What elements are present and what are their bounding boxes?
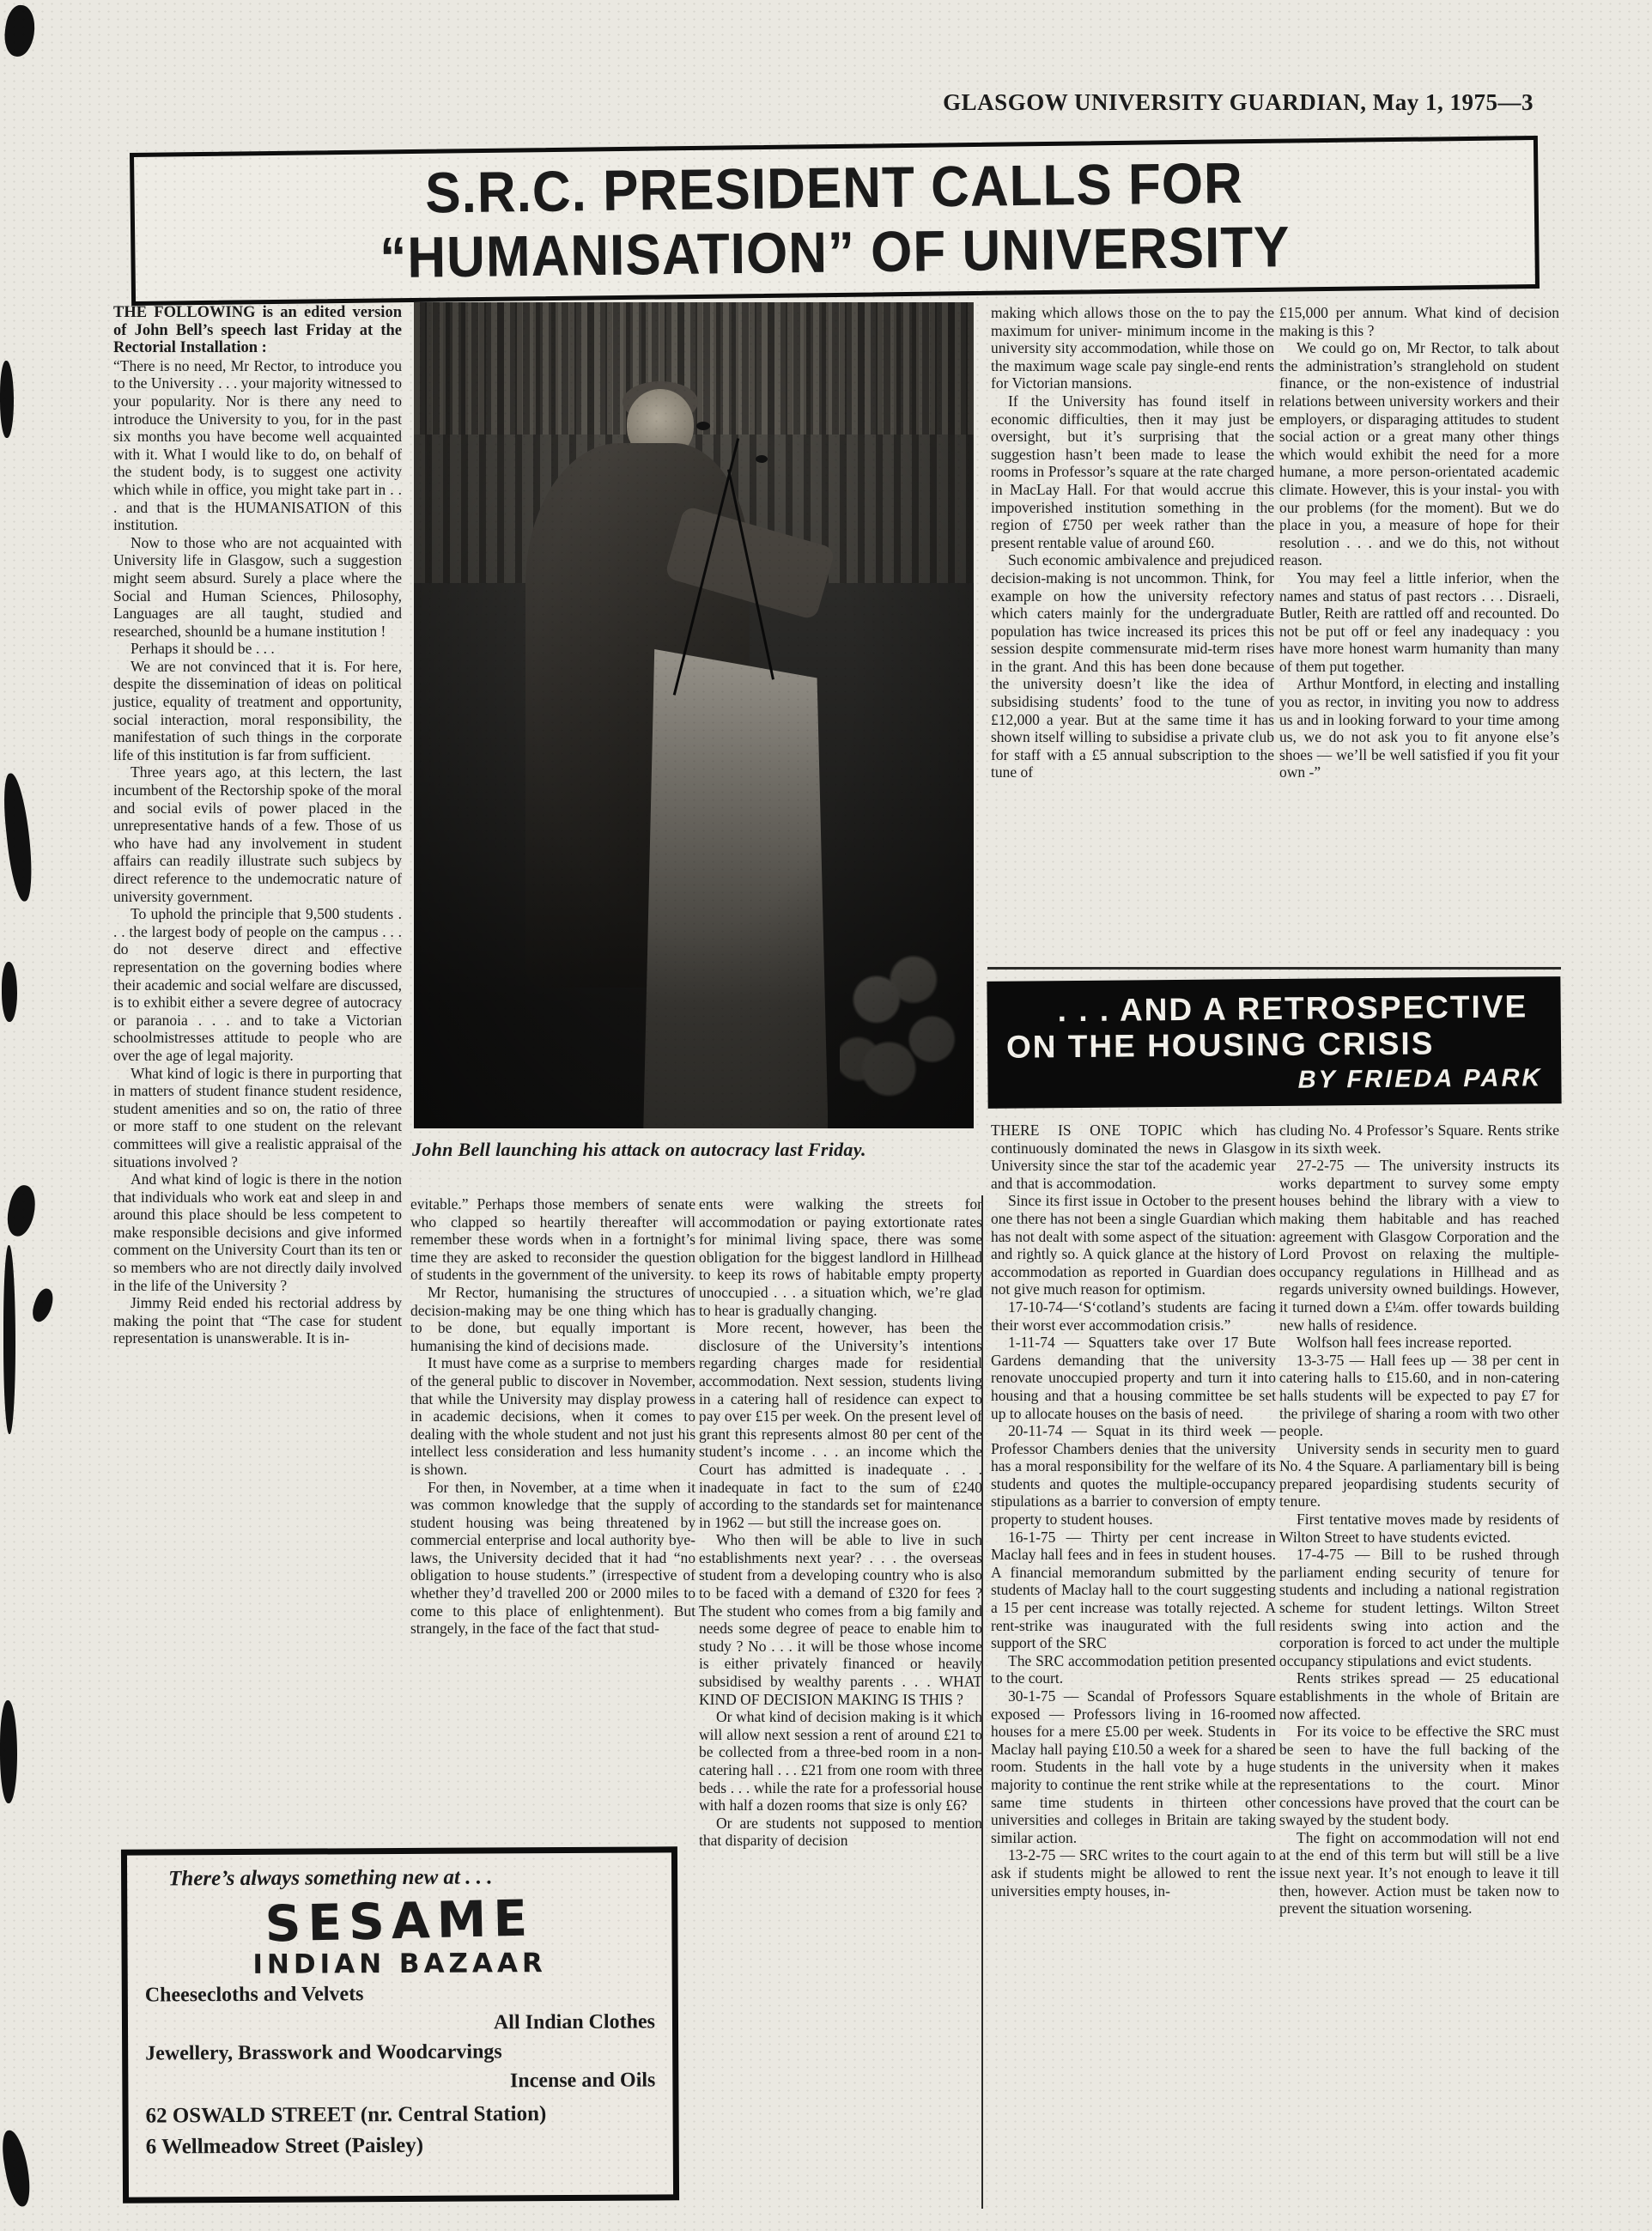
article-column-3-paragraphs: ents were walking the streets for accomm… <box>699 1195 982 1850</box>
housing-byline: BY FRIEDA PARK <box>1006 1064 1542 1097</box>
paragraph: “There is no need, Mr Rector, to introdu… <box>113 357 402 534</box>
paragraph: 17-10-74—‘S‘cotland’s students are facin… <box>991 1298 1276 1334</box>
advert-item: Jewellery, Brasswork and Woodcarvings <box>145 2036 655 2068</box>
paragraph: We are not convinced that it is. For her… <box>113 658 402 764</box>
housing-column-2-paragraphs: cluding No. 4 Professor’s Square. Rents … <box>1279 1122 1559 1918</box>
paragraph: Mr Rector, humanising the structures of … <box>410 1284 695 1354</box>
main-headline-box: S.R.C. PRESIDENT CALLS FOR “HUMANISATION… <box>130 136 1540 306</box>
sesame-advert: There’s always something new at . . . SE… <box>121 1846 679 2203</box>
advert-address-1: 62 OSWALD STREET (nr. Central Station) <box>145 2101 655 2128</box>
paragraph: 27-2-75 — The university instructs its w… <box>1279 1157 1559 1334</box>
paragraph: cluding No. 4 Professor’s Square. Rents … <box>1279 1122 1559 1157</box>
paragraph: Perhaps it should be . . . <box>113 640 402 658</box>
scan-artifact <box>0 2128 34 2208</box>
article-photo <box>414 302 974 1128</box>
photo-caption: John Bell launching his attack on autocr… <box>412 1139 979 1161</box>
advert-item: All Indian Clothes <box>145 2007 655 2039</box>
article-column-2-paragraphs: evitable.” Perhaps those members of sena… <box>410 1195 695 1638</box>
paragraph: Three years ago, at this lectern, the la… <box>113 763 402 905</box>
paragraph: Jimmy Reid ended his rectorial address b… <box>113 1294 402 1347</box>
paragraph: THERE IS ONE TOPIC which has continuousl… <box>991 1122 1276 1192</box>
paragraph: 30-1-75 — Scandal of Professors Square e… <box>991 1687 1276 1846</box>
paragraph: And what kind of logic is there in the n… <box>113 1170 402 1294</box>
paragraph: Arthur Montford, in electing and install… <box>1279 675 1559 781</box>
article-column-1-paragraphs: “There is no need, Mr Rector, to introdu… <box>113 357 402 1347</box>
paragraph: University sends in security men to guar… <box>1279 1440 1559 1511</box>
headline-line-1: S.R.C. PRESIDENT CALLS FOR <box>425 150 1243 226</box>
paragraph: The SRC accommodation petition presented… <box>991 1652 1276 1687</box>
paragraph: 13-3-75 — Hall fees up — 38 per cent in … <box>1279 1352 1559 1440</box>
scan-artifact <box>29 1286 57 1324</box>
scan-artifact <box>2 3 38 58</box>
scan-artifact <box>0 1700 17 1803</box>
paragraph: Now to those who are not acquainted with… <box>113 534 402 641</box>
article-column-1: THE FOLLOWING is an edited version of Jo… <box>113 304 402 1820</box>
advert-address-2: 6 Wellmeadow Street (Paisley) <box>146 2132 656 2159</box>
paragraph: If the University has found itself in ec… <box>991 392 1274 551</box>
paragraph: More recent, however, has been the discl… <box>699 1319 982 1531</box>
paragraph: ents were walking the streets for accomm… <box>699 1195 982 1319</box>
scan-artifact <box>0 772 36 903</box>
article-intro: THE FOLLOWING is an edited version of Jo… <box>113 304 402 357</box>
paragraph: £15,000 per annum. What kind of decision… <box>1279 304 1559 339</box>
divider-rule <box>987 967 1561 970</box>
housing-column-1-paragraphs: THERE IS ONE TOPIC which has continuousl… <box>991 1122 1276 1900</box>
paragraph: The fight on accommodation will not end … <box>1279 1829 1559 1918</box>
article-column-3: ents were walking the streets for accomm… <box>699 1195 982 2217</box>
paragraph: Or what kind of decision making is it wh… <box>699 1708 982 1815</box>
newspaper-page: GLASGOW UNIVERSITY GUARDIAN, May 1, 1975… <box>0 0 1652 2231</box>
advert-item: Cheesecloths and Velvets <box>145 1978 655 2009</box>
article-column-5-paragraphs: £15,000 per annum. What kind of decision… <box>1279 304 1559 781</box>
paragraph: For its voice to be effective the SRC mu… <box>1279 1723 1559 1829</box>
paragraph: making which allows those on the to pay … <box>991 304 1274 392</box>
headline-line-2: “HUMANISATION” OF UNIVERSITY <box>380 215 1291 292</box>
scan-artifact <box>3 1245 15 1434</box>
paragraph: 17-4-75 — Bill to be rushed through parl… <box>1279 1546 1559 1669</box>
paragraph: 1-11-74 — Squatters take over 17 Bute Ga… <box>991 1334 1276 1422</box>
photo-vignette <box>414 302 974 1128</box>
paragraph: evitable.” Perhaps those members of sena… <box>410 1195 695 1284</box>
paragraph: 16-1-75 — Thirty per cent increase in Ma… <box>991 1529 1276 1652</box>
paragraph: It must have come as a surprise to membe… <box>410 1354 695 1478</box>
article-column-2: evitable.” Perhaps those members of sena… <box>410 1195 695 1835</box>
paragraph: Since its first issue in October to the … <box>991 1192 1276 1298</box>
housing-column-2: cluding No. 4 Professor’s Square. Rents … <box>1279 1122 1559 2221</box>
paragraph: Or are students not supposed to mention … <box>699 1815 982 1850</box>
scan-artifact <box>3 1183 39 1239</box>
paragraph: You may feel a little inferior, when the… <box>1279 569 1559 676</box>
paragraph: Rents strikes spread — 25 educational es… <box>1279 1669 1559 1723</box>
paragraph: What kind of logic is there in purportin… <box>113 1065 402 1171</box>
housing-headline-line-2: ON THE HOUSING CRISIS <box>1006 1024 1542 1065</box>
paragraph: 13-2-75 — SRC writes to the court again … <box>991 1846 1276 1900</box>
housing-column-1: THERE IS ONE TOPIC which has continuousl… <box>991 1122 1276 2221</box>
paragraph: First tentative moves made by residents … <box>1279 1511 1559 1546</box>
article-column-4-paragraphs: making which allows those on the to pay … <box>991 304 1274 781</box>
paragraph: For then, in November, at a time when it… <box>410 1479 695 1638</box>
housing-headline-line-1: . . . AND A RETROSPECTIVE <box>1005 988 1541 1029</box>
paragraph: Who then will be able to live in such es… <box>699 1531 982 1708</box>
housing-headline-box: . . . AND A RETROSPECTIVE ON THE HOUSING… <box>987 976 1561 1109</box>
scan-artifact <box>0 361 14 438</box>
article-column-5: £15,000 per annum. What kind of decision… <box>1279 304 1559 970</box>
advert-item: Incense and Oils <box>145 2065 655 2097</box>
masthead: GLASGOW UNIVERSITY GUARDIAN, May 1, 1975… <box>943 89 1534 116</box>
paragraph: Wolfson hall fees increase reported. <box>1279 1334 1559 1352</box>
paragraph: Such economic ambivalence and prejudiced… <box>991 551 1274 781</box>
scan-artifact <box>2 962 17 1022</box>
paragraph: 20-11-74 — Squat in its third week — Pro… <box>991 1422 1276 1529</box>
article-column-4: making which allows those on the to pay … <box>991 304 1274 970</box>
advert-shop-name: SESAME <box>144 1886 655 1955</box>
paragraph: We could go on, Mr Rector, to talk about… <box>1279 339 1559 569</box>
paragraph: To uphold the principle that 9,500 stude… <box>113 905 402 1064</box>
column-rule <box>981 1195 983 2209</box>
